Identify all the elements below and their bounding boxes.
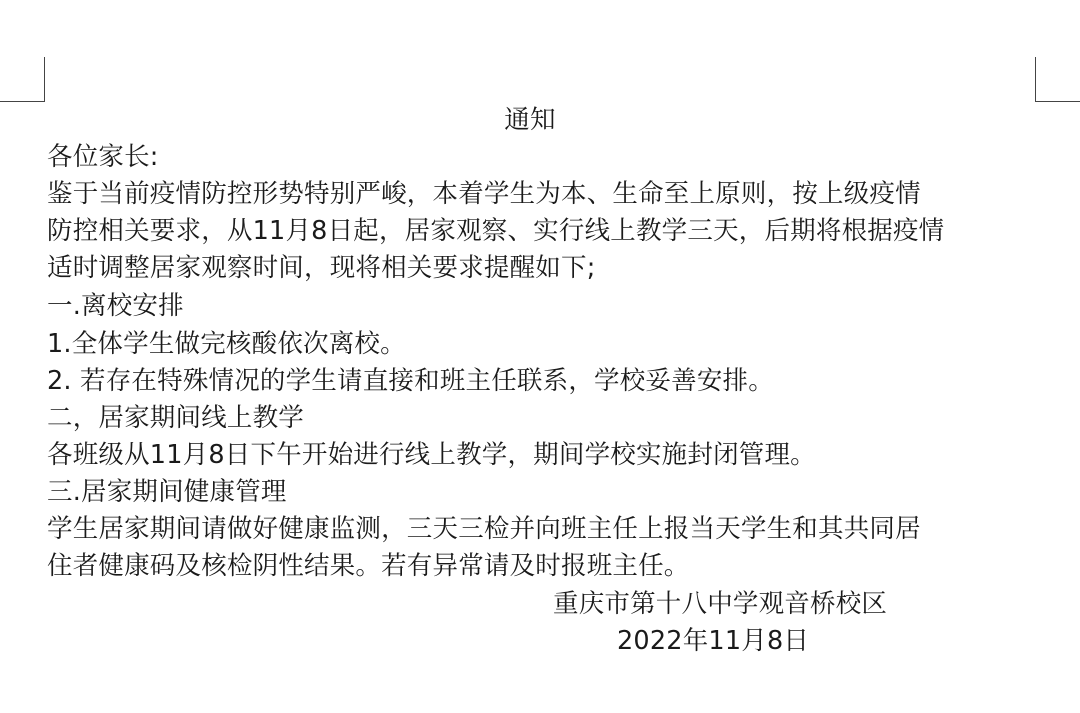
intro-line: 防控相关要求，从11月8日起，居家观察、实行线上教学三天，后期将根据疫情 bbox=[47, 213, 944, 249]
salutation: 各位家长: bbox=[47, 139, 159, 175]
section-heading: 一.离校安排 bbox=[47, 288, 184, 324]
intro-line: 适时调整居家观察时间，现将相关要求提醒如下; bbox=[47, 250, 596, 286]
section-line: 学生居家期间请做好健康监测，三天三检并向班主任上报当天学生和其共同居 bbox=[47, 511, 921, 547]
signature: 重庆市第十八中学观音桥校区 bbox=[553, 586, 887, 622]
section-heading: 三.居家期间健康管理 bbox=[47, 474, 287, 510]
crop-mark-top-left bbox=[0, 57, 45, 102]
section-heading: 二，居家期间线上教学 bbox=[47, 400, 304, 436]
document-title: 通知 bbox=[0, 102, 1060, 138]
document-page: 通知 各位家长: 鉴于当前疫情防控形势特别严峻，本着学生为本、生命至上原则，按上… bbox=[0, 0, 1080, 713]
section-line: 2. 若存在特殊情况的学生请直接和班主任联系，学校妥善安排。 bbox=[47, 363, 774, 399]
crop-mark-top-right bbox=[1035, 57, 1080, 102]
date: 2022年11月8日 bbox=[617, 623, 809, 659]
intro-line: 鉴于当前疫情防控形势特别严峻，本着学生为本、生命至上原则，按上级疫情 bbox=[47, 176, 921, 212]
section-line: 住者健康码及核检阴性结果。若有异常请及时报班主任。 bbox=[47, 548, 690, 584]
section-line: 1.全体学生做完核酸依次离校。 bbox=[47, 326, 406, 362]
section-line: 各班级从11月8日下午开始进行线上教学，期间学校实施封闭管理。 bbox=[47, 437, 816, 473]
